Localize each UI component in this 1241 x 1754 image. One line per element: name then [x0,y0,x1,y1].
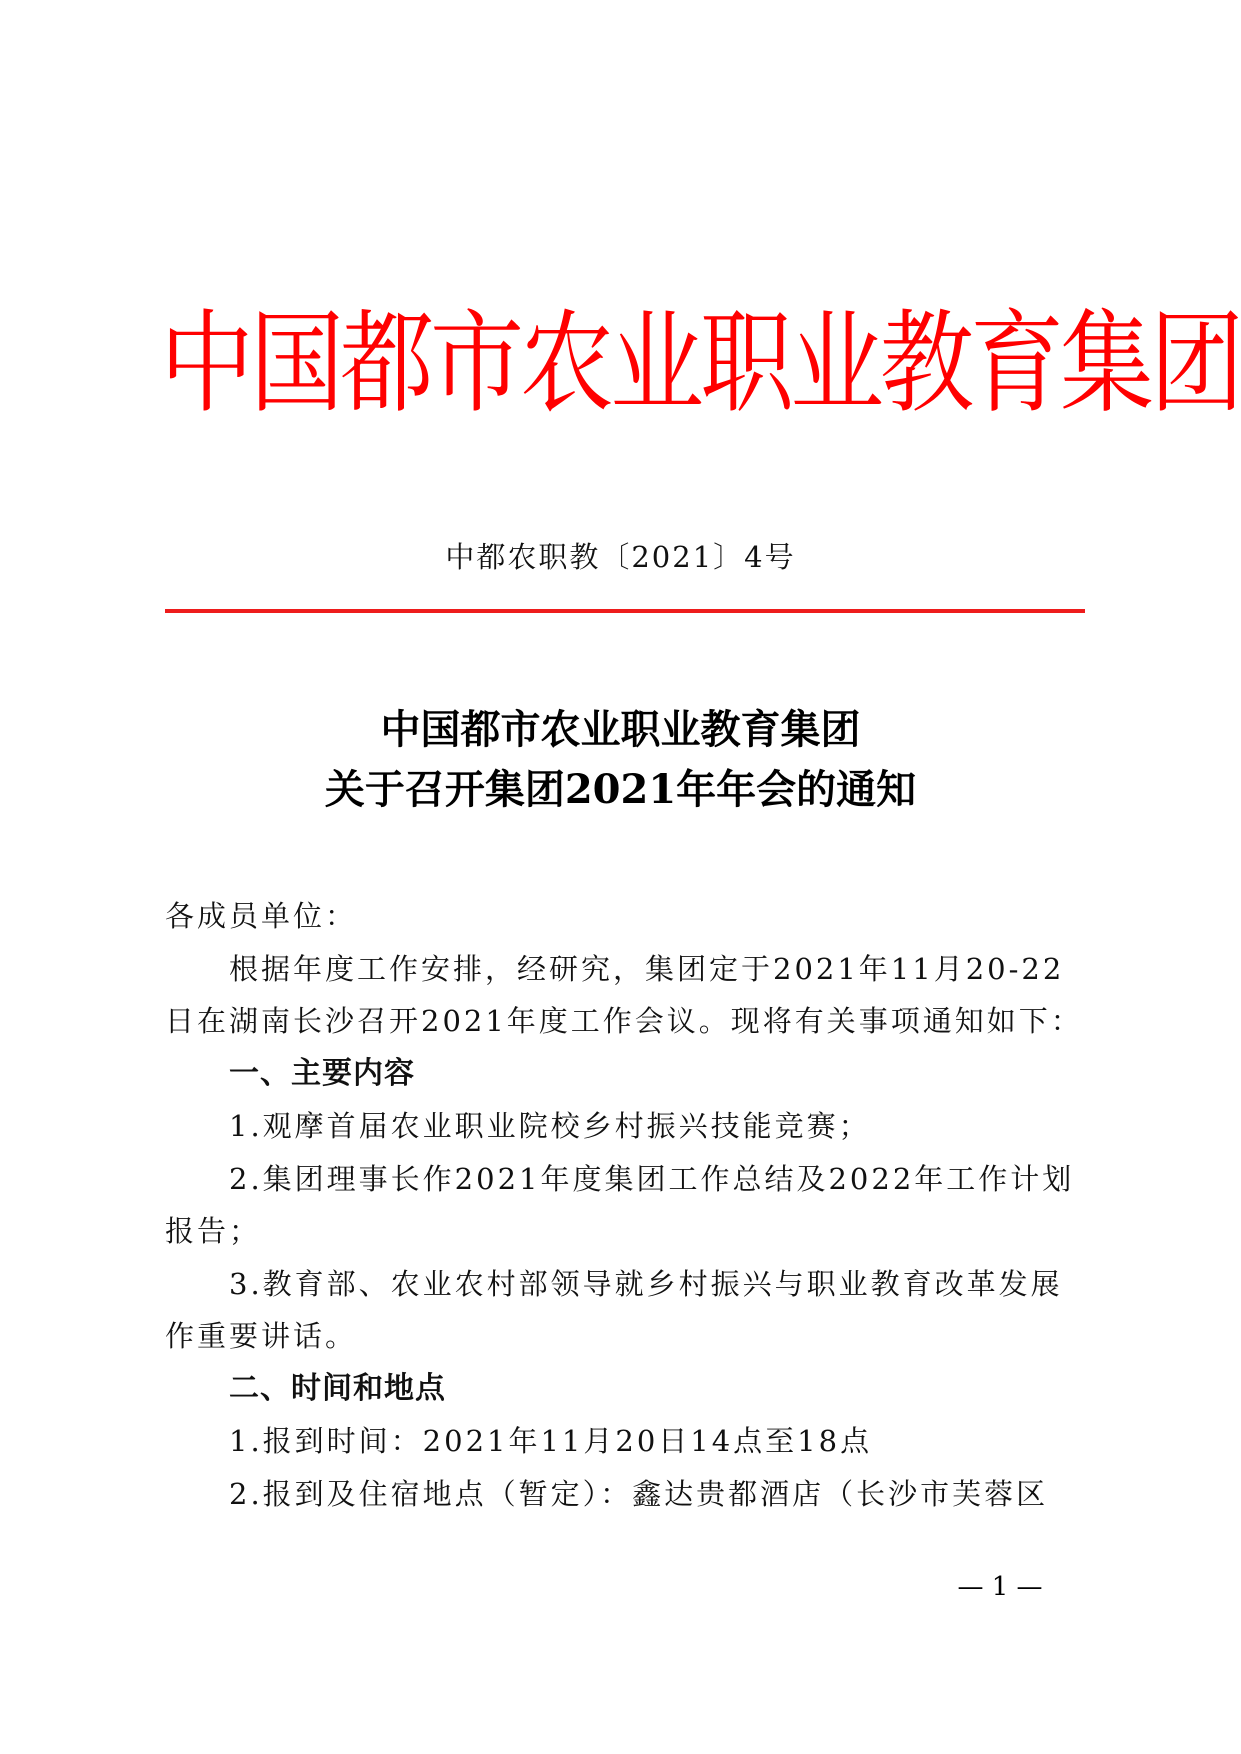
list-item-continuation: 作重要讲话。 [165,1310,1085,1363]
list-item: 3.教育部、农业农村部领导就乡村振兴与职业教育改革发展 [165,1258,1085,1311]
organization-masthead: 中国都市农业职业教育集团 [160,288,1080,441]
intro-paragraph-line-2: 日在湖南长沙召开2021年度工作会议。现将有关事项通知如下： [165,995,1085,1048]
red-divider-rule [165,609,1085,613]
list-item-continuation: 报告； [165,1205,1085,1258]
salutation: 各成员单位： [165,890,1085,943]
document-number: 中都农职教〔2021〕4号 [0,535,1241,576]
notice-title-line-2: 关于召开集团2021年年会的通知 [0,760,1241,820]
list-item: 1.观摩首届农业职业院校乡村振兴技能竞赛； [165,1100,1085,1153]
list-item: 1.报到时间：2021年11月20日14点至18点 [165,1415,1085,1468]
list-item: 2.报到及住宿地点（暂定）：鑫达贵都酒店（长沙市芙蓉区 [165,1468,1085,1521]
document-page: 中国都市农业职业教育集团 中都农职教〔2021〕4号 中国都市农业职业教育集团 … [0,0,1241,1754]
page-number: — 1 — [940,1572,1060,1602]
notice-title: 中国都市农业职业教育集团 关于召开集团2021年年会的通知 [0,700,1241,820]
section-heading-time-location: 二、时间和地点 [165,1363,1085,1416]
notice-body: 各成员单位： 根据年度工作安排，经研究，集团定于2021年11月20-22 日在… [165,890,1085,1520]
notice-title-line-1: 中国都市农业职业教育集团 [0,700,1241,760]
intro-paragraph-line-1: 根据年度工作安排，经研究，集团定于2021年11月20-22 [165,943,1085,996]
section-heading-main-content: 一、主要内容 [165,1048,1085,1101]
list-item: 2.集团理事长作2021年度集团工作总结及2022年工作计划 [165,1153,1085,1206]
